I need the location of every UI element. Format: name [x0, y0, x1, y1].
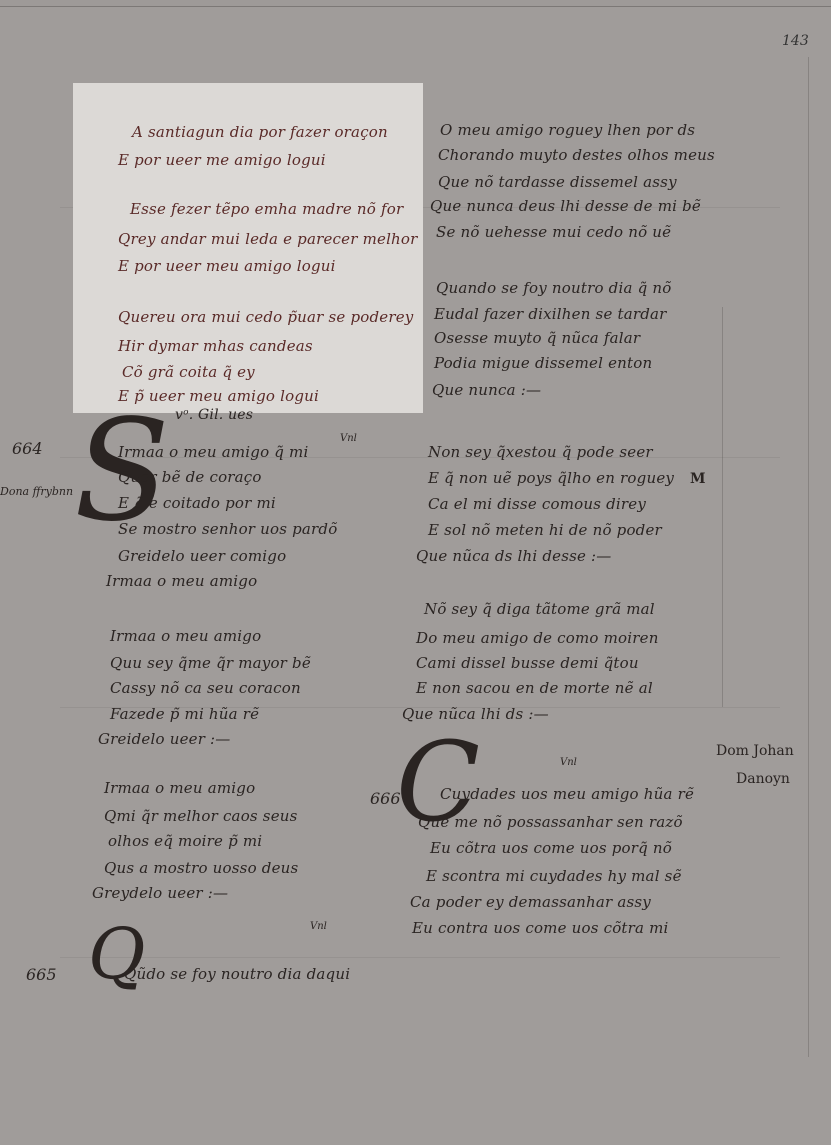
verse-line: Que me nõ possassanhar sen razõ: [418, 813, 683, 831]
vnl-note: Vnl: [560, 757, 577, 768]
verse-line: Ca poder ey demassanhar assy: [410, 893, 651, 911]
verse-line: E sol nõ meten hi de nõ poder: [428, 521, 662, 539]
verse-line: Cõ grã coita q̃ ey: [122, 363, 255, 381]
verse-line: E q̃ e coitado por mi: [118, 494, 276, 512]
verse-line: Irmaa o meu amigo q̃ mi: [118, 443, 308, 461]
rubric-attribution: vᵒ. Gil. ues: [175, 407, 253, 423]
verse-line: E scontra mi cuydades hy mal sẽ: [426, 867, 682, 885]
verse-line: Se mostro senhor uos pardõ: [118, 520, 337, 538]
verse-line: Quer bẽ de coraço: [118, 468, 262, 486]
verse-line: Quereu ora mui cedo p̃uar se poderey: [118, 308, 413, 326]
author-margin-note: Dona ffrybnn: [0, 485, 73, 498]
ruling-line: [60, 957, 780, 958]
verse-line: Fazede p̃ mi hũa rẽ: [110, 705, 259, 723]
verse-line: Esse fezer tẽpo emha madre nõ for: [130, 200, 403, 218]
verse-line: Non sey q̃xestou q̃ pode seer: [428, 443, 653, 461]
verse-line: Irmaa o meu amigo: [106, 572, 257, 590]
bleed-through-line: [722, 307, 723, 707]
author-margin-note: Dom Johan: [716, 743, 794, 759]
verse-line: Qus a mostro uosso deus: [104, 859, 298, 877]
verse-line: Osesse muyto q̃ nũca falar: [434, 329, 640, 347]
verse-line: Eu contra uos come uos cõtra mi: [412, 919, 669, 937]
manuscript-page: 143 A santiagun dia por fazer oraçon E p…: [0, 6, 831, 1145]
verse-line: Quando se foy noutro dia q̃ nõ: [436, 279, 671, 297]
verse-line: O meu amigo roguey lhen por ds: [440, 121, 695, 139]
verse-line: Nõ sey q̃ diga tãtome grã mal: [424, 600, 655, 618]
vnl-note: Vnl: [340, 433, 357, 444]
verse-line: Greydelo ueer :—: [92, 884, 228, 902]
verse-line: Greidelo ueer :—: [98, 730, 231, 748]
poem-number: 665: [26, 965, 57, 984]
verse-line: Irmaa o meu amigo: [110, 627, 261, 645]
author-margin-note: Danoyn: [736, 771, 790, 787]
verse-line: Greidelo ueer comigo: [118, 547, 286, 565]
verse-line: olhos eq̃ moire p̃ mi: [108, 832, 262, 850]
verse-line: Ca el mi disse comous direy: [428, 495, 646, 513]
verse-line: Qrey andar mui leda e parecer melhor: [118, 230, 418, 248]
verse-line: Que nũca ds lhi desse :—: [416, 547, 612, 565]
verse-line: Eu cõtra uos come uos porq̃ nõ: [430, 839, 672, 857]
verse-line: Qmi q̃r melhor caos seus: [104, 807, 298, 825]
verse-line: Cuydades uos meu amigo hũa rẽ: [440, 785, 694, 803]
verse-line: Chorando muyto destes olhos meus: [438, 146, 715, 164]
verse-line: Podia migue dissemel enton: [434, 354, 652, 372]
verse-line: Que nunca :—: [432, 381, 541, 399]
verse-line: Se nõ uehesse mui cedo nõ uẽ: [436, 223, 671, 241]
folio-number: 143: [782, 33, 809, 49]
verse-line: Qũdo se foy noutro dia daqui: [124, 965, 350, 983]
verse-line: Que nunca deus lhi desse de mi bẽ: [430, 197, 701, 215]
bleed-through-line: [808, 57, 809, 1057]
verse-line: Cassy nõ ca seu coracon: [110, 679, 301, 697]
verse-line: E por ueer me amigo logui: [118, 151, 326, 169]
vnl-note: Vnl: [310, 921, 327, 932]
verse-line: A santiagun dia por fazer oraçon: [132, 123, 388, 141]
verse-line: Irmaa o meu amigo: [104, 779, 255, 797]
verse-line: E non sacou en de morte nẽ al: [416, 679, 653, 697]
verse-line: Quu sey q̃me q̃r mayor bẽ: [110, 654, 311, 672]
verse-line: Cami dissel busse demi q̃tou: [416, 654, 639, 672]
verse-line: E por ueer meu amigo logui: [118, 257, 336, 275]
verse-line: Hir dymar mhas candeas: [118, 337, 313, 355]
verse-line: Que nõ tardasse dissemel assy: [438, 173, 677, 191]
margin-mark: M: [690, 471, 706, 487]
verse-line: Do meu amigo de como moiren: [416, 629, 659, 647]
verse-line: E q̃ non uẽ poys q̃lho en roguey: [428, 469, 674, 487]
poem-number: 664: [12, 439, 43, 458]
verse-line: Eudal fazer dixilhen se tardar: [434, 305, 667, 323]
